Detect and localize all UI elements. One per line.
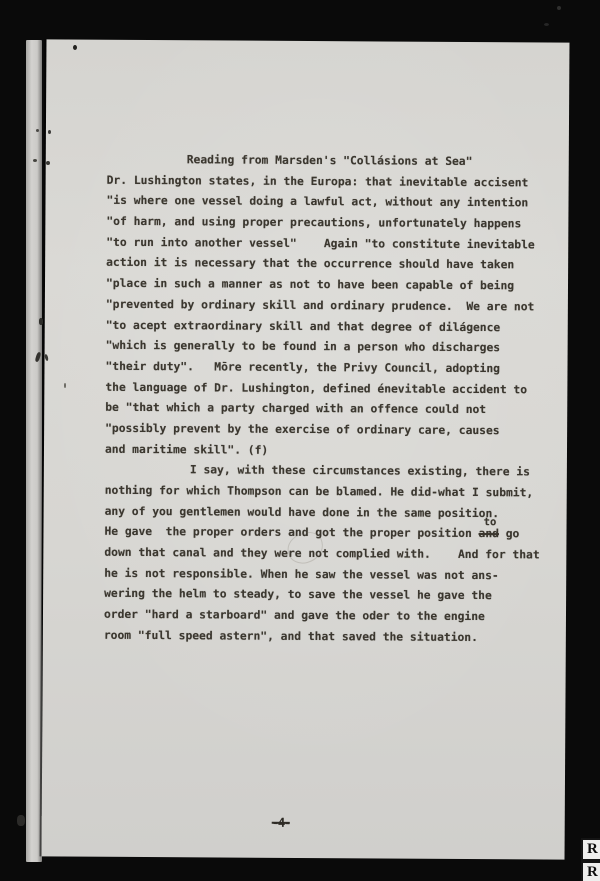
text-segment: "prevented by ordinary skill and ordinar… bbox=[106, 298, 535, 314]
margin-label-letter: R bbox=[587, 864, 598, 880]
text-segment: "of harm, and using proper precautions, … bbox=[106, 215, 521, 231]
text-line: "place in such a manner as not to have b… bbox=[106, 274, 551, 297]
text-segment: any of you gentlemen would have done in … bbox=[105, 504, 500, 519]
text-line: "prevented by ordinary skill and ordinar… bbox=[106, 295, 551, 318]
text-segment: I say, with these circumstances existing… bbox=[190, 464, 530, 479]
struck-word: andto bbox=[478, 524, 499, 545]
page-number: -4- bbox=[272, 815, 290, 830]
ink-speck bbox=[33, 159, 37, 162]
text-segment: Reading from Marsden's "Collásions at Se… bbox=[187, 153, 473, 168]
text-segment: nothing for which Thompson can be blamed… bbox=[105, 484, 534, 500]
text-segment: "to run into another vessel" Again "to c… bbox=[106, 236, 535, 252]
ink-speck bbox=[73, 45, 77, 50]
text-line: action it is necessary that the occurren… bbox=[106, 253, 551, 276]
text-line: "is where one vessel doing a lawful act,… bbox=[106, 191, 551, 214]
text-segment: action it is necessary that the occurren… bbox=[106, 256, 514, 271]
text-segment: order "hard a starboard" and gave the od… bbox=[104, 608, 485, 623]
text-segment: Dr. Lushington states, in the Europa: th… bbox=[107, 173, 529, 189]
ink-speck bbox=[39, 318, 43, 325]
margin-label-r-top: R bbox=[581, 838, 600, 861]
text-line: nothing for which Thompson can be blamed… bbox=[105, 481, 550, 504]
text-line: "possibly prevent by the exercise of ord… bbox=[105, 419, 550, 442]
text-line: down that canal and they were not compli… bbox=[104, 543, 549, 566]
text-segment: "to acept extraordinary skill and that d… bbox=[106, 318, 501, 333]
text-line: "to acept extraordinary skill and that d… bbox=[106, 315, 551, 338]
text-line: wering the helm to steady, to save the v… bbox=[104, 584, 549, 607]
ink-speck bbox=[17, 815, 25, 826]
ink-speck bbox=[64, 383, 66, 388]
text-line: room "full speed astern", and that saved… bbox=[104, 626, 549, 649]
dust-speck bbox=[557, 6, 561, 10]
text-segment: "is where one vessel doing a lawful act,… bbox=[106, 194, 528, 210]
ink-speck bbox=[36, 129, 39, 132]
inserted-word-above: to bbox=[484, 512, 497, 533]
text-segment: go bbox=[499, 528, 519, 541]
typewritten-text-block: Reading from Marsden's "Collásions at Se… bbox=[104, 150, 552, 649]
text-line: Reading from Marsden's "Collásions at Se… bbox=[107, 150, 552, 173]
ink-speck bbox=[46, 161, 50, 165]
text-line: "of harm, and using proper precautions, … bbox=[106, 212, 551, 235]
text-segment: room "full speed astern", and that saved… bbox=[104, 629, 478, 644]
ink-speck bbox=[48, 130, 51, 134]
margin-label-letter: R bbox=[587, 841, 598, 857]
text-segment: the language of Dr. Lushington, defined … bbox=[105, 380, 527, 396]
text-line: I say, with these circumstances existing… bbox=[105, 460, 550, 483]
text-line: Dr. Lushington states, in the Europa: th… bbox=[107, 170, 552, 193]
text-line: order "hard a starboard" and gave the od… bbox=[104, 605, 549, 628]
text-line: "to run into another vessel" Again "to c… bbox=[106, 233, 551, 256]
text-line: "which is generally to be found in a per… bbox=[106, 336, 551, 359]
text-line: "their duty". Mōre recently, the Privy C… bbox=[105, 357, 550, 380]
text-segment: he is not responsible. When he saw the v… bbox=[104, 567, 499, 582]
text-line: and maritime skill". (f) bbox=[105, 439, 550, 462]
document-page: Reading from Marsden's "Collásions at Se… bbox=[42, 39, 570, 859]
text-segment: "possibly prevent by the exercise of ord… bbox=[105, 422, 500, 437]
text-segment: "their duty". Mōre recently, the Privy C… bbox=[105, 360, 500, 375]
text-line: the language of Dr. Lushington, defined … bbox=[105, 377, 550, 400]
text-segment: "which is generally to be found in a per… bbox=[106, 339, 501, 354]
text-line: he is not responsible. When he saw the v… bbox=[104, 564, 549, 587]
text-segment: "place in such a manner as not to have b… bbox=[106, 277, 514, 292]
text-line: be "that which a party charged with an o… bbox=[105, 398, 550, 421]
binding-edge-strip bbox=[26, 40, 42, 862]
scanned-document-photo: Reading from Marsden's "Collásions at Se… bbox=[0, 0, 600, 881]
text-segment: wering the helm to steady, to save the v… bbox=[104, 587, 492, 602]
dust-speck bbox=[544, 23, 549, 26]
text-line: He gave the proper orders and got the pr… bbox=[104, 522, 549, 545]
text-segment: and maritime skill". (f) bbox=[105, 442, 268, 456]
margin-label-r-bottom: R bbox=[581, 861, 600, 881]
text-segment: be "that which a party charged with an o… bbox=[105, 401, 486, 416]
